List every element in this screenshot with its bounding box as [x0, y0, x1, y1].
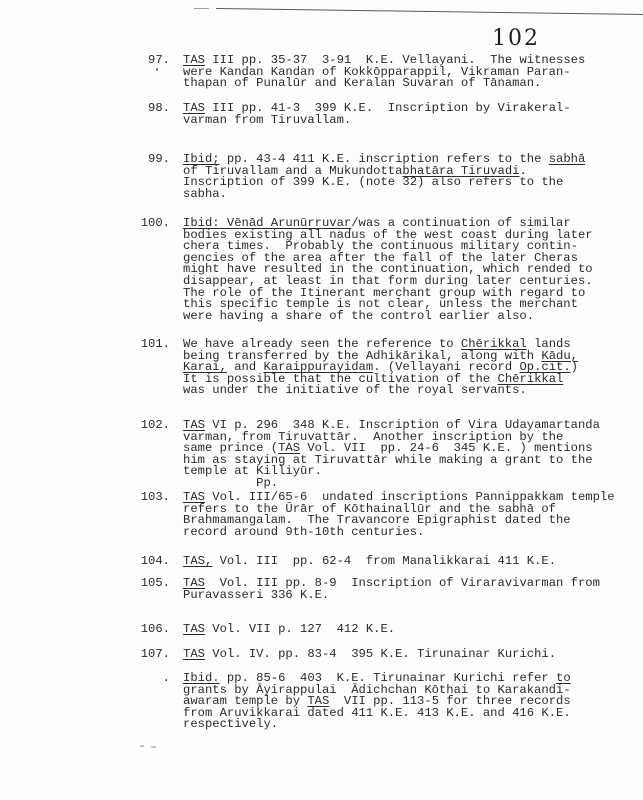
underlined-text-segment: TAS [183, 647, 205, 661]
text-segment: ) [571, 360, 578, 374]
footnote-text: TAS Vol. VII p. 127 412 K.E. [183, 624, 623, 636]
footnote-text: TAS Vol. III pp. 8-9 Inscription of Vira… [183, 578, 623, 601]
footnote-line: were having a share of the control earli… [183, 311, 623, 323]
footnote-list: 97.TAS III pp. 35-37 3-91 K.E. Vellayani… [0, 0, 643, 800]
text-segment: thapan of Punalūr and Keralan Suvaran of… [183, 76, 541, 90]
footnote-line: thapan of Punalūr and Keralan Suvaran of… [183, 78, 623, 90]
footnote: 97.TAS III pp. 35-37 3-91 K.E. Vellayani… [128, 55, 623, 90]
footnote-line: respectively. [183, 719, 623, 731]
text-segment: were having a share of the control earli… [183, 309, 534, 323]
footnote: 104.TAS, Vol. III pp. 62-4 from Manalikk… [128, 556, 623, 568]
footnote-number: 106. [128, 624, 170, 636]
text-segment: was under the initiative of the royal se… [183, 383, 527, 397]
text-segment: Vol. IV. pp. 83-4 395 K.E. Tirunainar Ku… [205, 647, 556, 661]
footnote-line: varman from Tiruvallam. [183, 115, 623, 127]
footnote: 106.TAS Vol. VII p. 127 412 K.E. [128, 624, 623, 636]
footnote-line: sabha. [183, 189, 623, 201]
text-segment: respectively. [183, 717, 278, 731]
footnote: 107.TAS Vol. IV. pp. 83-4 395 K.E. Tirun… [128, 649, 623, 661]
footnote-line: Puravasseri 336 K.E. [183, 590, 623, 602]
footnote: 103.TAS Vol. III/65-6 undated inscriptio… [128, 492, 623, 538]
underlined-text-segment: sabhā [549, 152, 586, 166]
footnote-text: TAS III pp. 35-37 3-91 K.E. Vellayani. T… [183, 55, 623, 90]
text-segment: record around 9th-10th centuries. [183, 525, 424, 539]
text-segment: Vol. III pp. 62-4 from Manalikkarai 411 … [212, 554, 556, 568]
footnote-text: We have already seen the reference to Ch… [183, 339, 623, 397]
footnote: 102.TAS VI p. 296 348 K.E. Inscription o… [128, 420, 623, 490]
footnote-number: 98. [128, 103, 170, 115]
footnote-number: 101. [128, 339, 170, 351]
text-segment: Vol. VII p. 127 412 K.E. [205, 622, 395, 636]
footnote-line: was under the initiative of the royal se… [183, 385, 623, 397]
footnote-line: TAS Vol. IV. pp. 83-4 395 K.E. Tirunaina… [183, 649, 623, 661]
underlined-text-segment: TAS, [183, 554, 212, 568]
footnote-number: 103. [128, 492, 170, 504]
footnote-text: Ibid: Vēnād Arunūrruvar/was a continuati… [183, 218, 623, 322]
footnote-text: Ibid. pp. 85-6 403 K.E. Tirunainar Kuric… [183, 673, 623, 731]
footnote: 100.Ibid: Vēnād Arunūrruvar/was a contin… [128, 218, 623, 322]
footnote: 101.We have already seen the reference t… [128, 339, 623, 397]
footnote-number: 102. [128, 420, 170, 432]
text-segment: varman from Tiruvallam. [183, 113, 351, 127]
footnote-line: TAS, Vol. III pp. 62-4 from Manalikkarai… [183, 556, 623, 568]
footnote-number: 97. [128, 55, 170, 67]
footnote-text: TAS, Vol. III pp. 62-4 from Manalikkarai… [183, 556, 623, 568]
footnote-text: TAS Vol. IV. pp. 83-4 395 K.E. Tirunaina… [183, 649, 623, 661]
footnote-number: . [128, 673, 170, 685]
footnote-number: 105. [128, 578, 170, 590]
footnote-line: Inscription of 399 K.E. (note 32) also r… [183, 177, 623, 189]
text-segment: Puravasseri 336 K.E. [183, 588, 329, 602]
footnote-text: TAS III pp. 41-3 399 K.E. Inscription by… [183, 103, 623, 126]
footnote-line: Pp. [183, 478, 623, 490]
footnote: 99.Ibid; pp. 43-4 411 K.E. inscription r… [128, 154, 623, 200]
footnote: 98.TAS III pp. 41-3 399 K.E. Inscription… [128, 103, 623, 126]
footnote-number: 104. [128, 556, 170, 568]
footnote-text: TAS Vol. III/65-6 undated inscriptions P… [183, 492, 623, 538]
footnote: 105.TAS Vol. III pp. 8-9 Inscription of … [128, 578, 623, 601]
footnote-text: Ibid; pp. 43-4 411 K.E. inscription refe… [183, 154, 623, 200]
text-segment: Inscription of 399 K.E. (note 32) also r… [183, 175, 563, 189]
footnote-line: TAS Vol. VII p. 127 412 K.E. [183, 624, 623, 636]
text-segment: Pp. [183, 476, 278, 490]
footnote-number: 100. [128, 218, 170, 230]
footnote: .Ibid. pp. 85-6 403 K.E. Tirunainar Kuri… [128, 673, 623, 731]
footnote-number: 99. [128, 154, 170, 166]
footnote-line: record around 9th-10th centuries. [183, 527, 623, 539]
footnote-text: TAS VI p. 296 348 K.E. Inscription of Vi… [183, 420, 623, 490]
footnote-number: 107. [128, 649, 170, 661]
text-segment: sabha. [183, 187, 227, 201]
underlined-text-segment: TAS [183, 622, 205, 636]
